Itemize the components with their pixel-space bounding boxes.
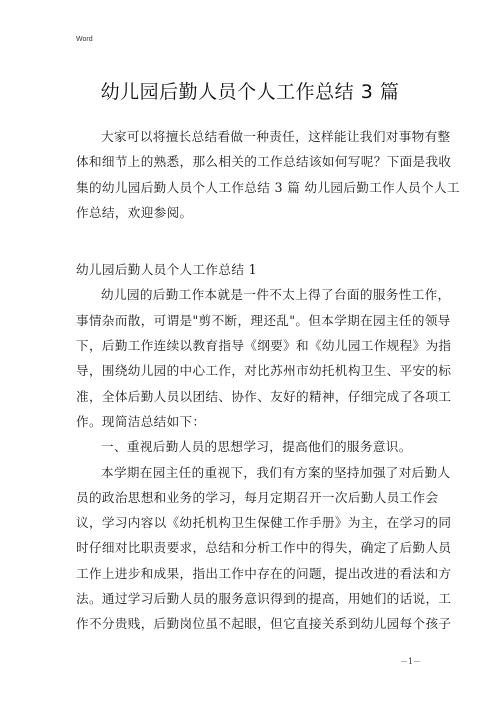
paragraph-line: 议，学习内容以《幼托机构卫生保健工作手册》为主，在学习的同 [76,510,426,535]
paragraph-line: 作不分贵贱，后勤岗位虽不起眼，但它直接关系到幼儿园每个孩子 [76,611,426,636]
intro-line: 作总结，欢迎参阅。 [76,200,426,225]
paragraph-line: 事情杂而散，可谓是"剪不断，理还乱"。但本学期在园主任的领导 [76,308,426,333]
document-body: 大家可以将擅长总结看做一种责任，这样能让我们对事物有整 体和细节上的熟悉，那么相… [76,124,426,637]
paragraph-line: 本学期在园主任的重视下，我们有方案的坚持加强了对后勤人 [76,460,426,485]
app-label: Word [76,36,93,43]
paragraph-line: 时仔细对比职责要求，总结和分析工作中的得失，确定了后勤人员 [76,535,426,560]
paragraph-line: 法。通过学习后勤人员的服务意识得到的提高，用她们的话说，工 [76,586,426,611]
paragraph-line: 下，后勤工作连续以教育指导《纲要》和《幼儿园工作规程》为指 [76,333,426,358]
paragraph-line: 工作上进步和成果，指出工作中存在的问题，提出改进的看法和方 [76,561,426,586]
paragraph-line: 准，全体后勤人员以团结、协作、友好的精神，仔细完成了各项工 [76,384,426,409]
document-title: 幼儿园后勤人员个人工作总结 3 篇 [0,77,500,104]
subheading-line: 一、重视后勤人员的思想学习，提高他们的服务意识。 [76,434,426,459]
paragraph-line: 作。现简洁总结如下： [76,409,426,434]
paragraph-line: 幼儿园的后勤工作本就是一件不太上得了台面的服务性工作， [76,282,426,307]
intro-line: 大家可以将擅长总结看做一种责任，这样能让我们对事物有整 [76,124,426,149]
section-heading: 幼儿园后勤人员个人工作总结 1 [76,257,426,282]
intro-line: 集的幼儿园后勤人员个人工作总结 3 篇 幼儿园后勤工作人员个人工 [76,175,426,200]
spacer [76,225,426,257]
paragraph-line: 员的政治思想和业务的学习，每月定期召开一次后勤人员工作会 [76,485,426,510]
page-number: －1－ [400,656,421,667]
paragraph-line: 导，围绕幼儿园的中心工作，对比苏州市幼托机构卫生、平安的标 [76,358,426,383]
intro-line: 体和细节上的熟悉，那么相关的工作总结该如何写呢？下面是我收 [76,149,426,174]
